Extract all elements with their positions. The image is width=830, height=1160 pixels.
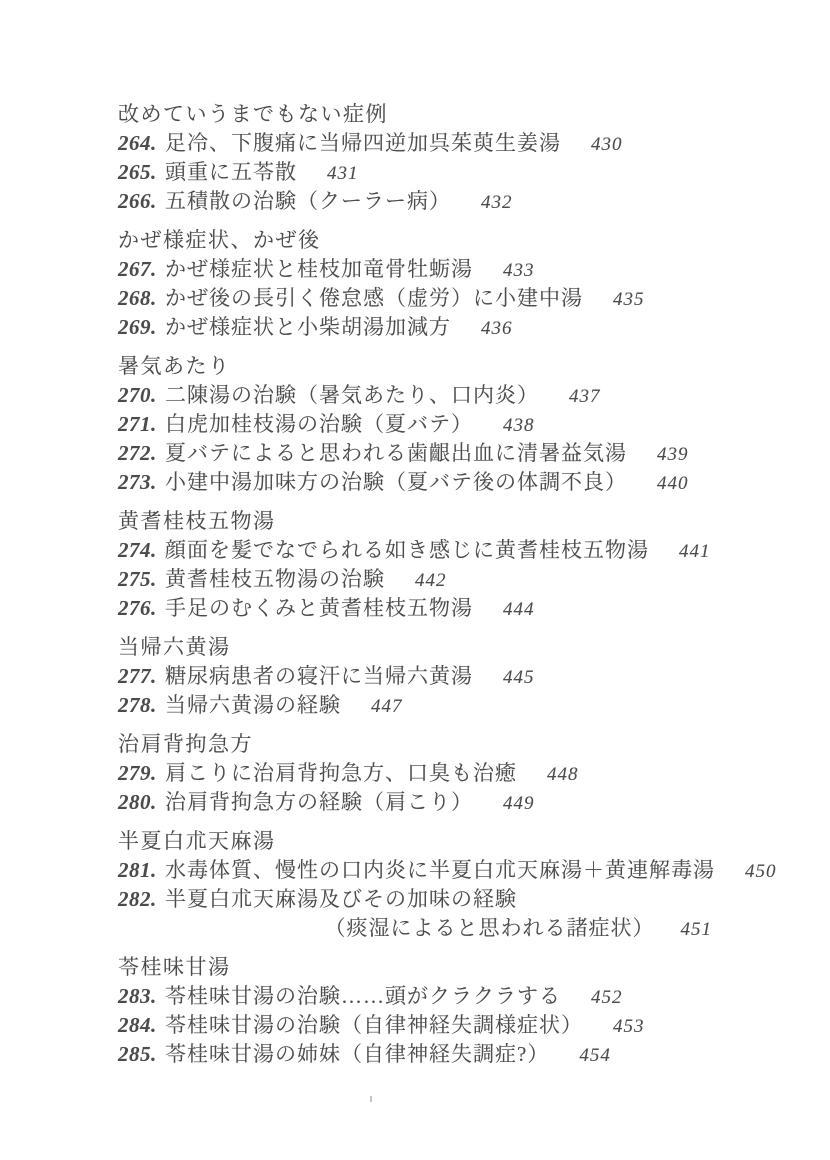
toc-section: 暑気あたり 270. 二陳湯の治験（暑気あたり、口内炎） 437 271. 白虎… (118, 352, 736, 497)
entry-number: 276. (118, 594, 165, 623)
entry-number: 272. (118, 439, 165, 468)
toc-entry: 274. 顔面を髪でなでられる如き感じに黄耆桂枝五物湯 441 (118, 536, 736, 565)
entry-title: 黄耆桂枝五物湯の治験 (165, 565, 385, 594)
entry-page-number: 451 (681, 915, 713, 944)
toc-entry: 279. 肩こりに治肩背拘急方、口臭も治癒 448 (118, 759, 736, 788)
entry-number: 282. (118, 885, 165, 914)
section-entries: 281. 水毒体質、慢性の口内炎に半夏白朮天麻湯＋黄連解毒湯 450 282. … (118, 856, 736, 943)
toc-section: 治肩背拘急方 279. 肩こりに治肩背拘急方、口臭も治癒 448 280. 治肩… (118, 730, 736, 817)
section-entries: 270. 二陳湯の治験（暑気あたり、口内炎） 437 271. 白虎加桂枝湯の治… (118, 381, 736, 497)
entry-title: 水毒体質、慢性の口内炎に半夏白朮天麻湯＋黄連解毒湯 (165, 856, 715, 885)
entry-page-number: 444 (503, 595, 535, 624)
toc-entry: 278. 当帰六黄湯の経験 447 (118, 691, 736, 720)
section-header: 改めていうまでもない症例 (118, 100, 736, 129)
entry-title: 苓桂味甘湯の治験……頭がクラクラする (165, 982, 561, 1011)
toc-entry: 271. 白虎加桂枝湯の治験（夏バテ） 438 (118, 410, 736, 439)
entry-title: 半夏白朮天麻湯及びその加味の経験 (165, 885, 517, 914)
entry-page-number: 449 (503, 789, 535, 818)
section-entries: 277. 糖尿病患者の寝汗に当帰六黄湯 445 278. 当帰六黄湯の経験 44… (118, 662, 736, 720)
toc-entry: 267. かぜ様症状と桂枝加竜骨牡蛎湯 433 (118, 255, 736, 284)
entry-number: 271. (118, 410, 165, 439)
entry-title: 頭重に五苓散 (165, 158, 297, 187)
entry-page-number: 432 (481, 188, 513, 217)
entry-continuation-text: （痰湿によると思われる諸症状） (325, 914, 655, 943)
entry-number: 268. (118, 284, 165, 313)
entry-page-number: 430 (591, 130, 623, 159)
entry-number: 277. (118, 662, 165, 691)
entry-number: 266. (118, 187, 165, 216)
entry-page-number: 437 (569, 382, 601, 411)
entry-number: 274. (118, 536, 165, 565)
toc-entry: 281. 水毒体質、慢性の口内炎に半夏白朮天麻湯＋黄連解毒湯 450 (118, 856, 736, 885)
toc-entry: 268. かぜ後の長引く倦怠感（虚労）に小建中湯 435 (118, 284, 736, 313)
toc-entry: 283. 苓桂味甘湯の治験……頭がクラクラする 452 (118, 982, 736, 1011)
entry-page-number: 435 (613, 285, 645, 314)
toc-section: 当帰六黄湯 277. 糖尿病患者の寝汗に当帰六黄湯 445 278. 当帰六黄湯… (118, 633, 736, 720)
entry-number: 280. (118, 788, 165, 817)
section-entries: 274. 顔面を髪でなでられる如き感じに黄耆桂枝五物湯 441 275. 黄耆桂… (118, 536, 736, 623)
entry-number: 270. (118, 381, 165, 410)
section-header: 黄耆桂枝五物湯 (118, 507, 736, 536)
entry-page-number: 454 (579, 1041, 611, 1070)
toc-entry: 276. 手足のむくみと黄耆桂枝五物湯 444 (118, 594, 736, 623)
entry-title: 小建中湯加味方の治験（夏バテ後の体調不良） (165, 468, 627, 497)
entry-title: 足冷、下腹痛に当帰四逆加呉茱萸生姜湯 (165, 129, 561, 158)
entry-page-number: 431 (327, 159, 359, 188)
entry-number: 284. (118, 1011, 165, 1040)
section-header: 半夏白朮天麻湯 (118, 827, 736, 856)
entry-title: 苓桂味甘湯の治験（自律神経失調様症状） (165, 1011, 583, 1040)
entry-number: 267. (118, 255, 165, 284)
entry-title: 当帰六黄湯の経験 (165, 691, 341, 720)
entry-title: 肩こりに治肩背拘急方、口臭も治癒 (165, 759, 517, 788)
toc-section: かぜ様症状、かぜ後 267. かぜ様症状と桂枝加竜骨牡蛎湯 433 268. か… (118, 226, 736, 342)
section-header: 治肩背拘急方 (118, 730, 736, 759)
entry-title: 糖尿病患者の寝汗に当帰六黄湯 (165, 662, 473, 691)
scan-speck (370, 1096, 372, 1102)
entry-title: 手足のむくみと黄耆桂枝五物湯 (165, 594, 473, 623)
entry-title: 苓桂味甘湯の姉妹（自律神経失調症?） (165, 1040, 549, 1069)
entry-number: 285. (118, 1040, 165, 1069)
entry-title: 五積散の治験（クーラー病） (165, 187, 451, 216)
toc-entry-continuation: （痰湿によると思われる諸症状） 451 (118, 914, 736, 943)
section-entries: 267. かぜ様症状と桂枝加竜骨牡蛎湯 433 268. かぜ後の長引く倦怠感（… (118, 255, 736, 342)
toc-entry: 266. 五積散の治験（クーラー病） 432 (118, 187, 736, 216)
entry-number: 283. (118, 982, 165, 1011)
entry-page-number: 453 (613, 1012, 645, 1041)
entry-page-number: 441 (679, 537, 711, 566)
toc-entry: 284. 苓桂味甘湯の治験（自律神経失調様症状） 453 (118, 1011, 736, 1040)
entry-title: 治肩背拘急方の経験（肩こり） (165, 788, 473, 817)
entry-page-number: 442 (415, 566, 447, 595)
section-header: 当帰六黄湯 (118, 633, 736, 662)
section-header: 暑気あたり (118, 352, 736, 381)
entry-title: かぜ様症状と桂枝加竜骨牡蛎湯 (165, 255, 473, 284)
section-entries: 279. 肩こりに治肩背拘急方、口臭も治癒 448 280. 治肩背拘急方の経験… (118, 759, 736, 817)
toc-entry: 277. 糖尿病患者の寝汗に当帰六黄湯 445 (118, 662, 736, 691)
entry-page-number: 438 (503, 411, 535, 440)
toc-entry: 275. 黄耆桂枝五物湯の治験 442 (118, 565, 736, 594)
entry-number: 275. (118, 565, 165, 594)
toc-entry: 280. 治肩背拘急方の経験（肩こり） 449 (118, 788, 736, 817)
entry-title: かぜ様症状と小柴胡湯加減方 (165, 313, 451, 342)
entry-number: 273. (118, 468, 165, 497)
toc-entry: 282. 半夏白朮天麻湯及びその加味の経験 (118, 885, 736, 914)
entry-number: 281. (118, 856, 165, 885)
entry-number: 265. (118, 158, 165, 187)
entry-page-number: 447 (371, 692, 403, 721)
entry-title: 白虎加桂枝湯の治験（夏バテ） (165, 410, 473, 439)
entry-page-number: 448 (547, 760, 579, 789)
entry-page-number: 445 (503, 663, 535, 692)
toc-section: 改めていうまでもない症例 264. 足冷、下腹痛に当帰四逆加呉茱萸生姜湯 430… (118, 100, 736, 216)
entry-number: 279. (118, 759, 165, 788)
entry-page-number: 440 (657, 469, 689, 498)
entry-page-number: 433 (503, 256, 535, 285)
toc-section: 苓桂味甘湯 283. 苓桂味甘湯の治験……頭がクラクラする 452 284. 苓… (118, 953, 736, 1069)
section-header: 苓桂味甘湯 (118, 953, 736, 982)
toc-section: 半夏白朮天麻湯 281. 水毒体質、慢性の口内炎に半夏白朮天麻湯＋黄連解毒湯 4… (118, 827, 736, 943)
entry-page-number: 439 (657, 440, 689, 469)
entry-title: かぜ後の長引く倦怠感（虚労）に小建中湯 (165, 284, 583, 313)
entry-title: 夏バテによると思われる歯齦出血に清暑益気湯 (165, 439, 627, 468)
toc-entry: 285. 苓桂味甘湯の姉妹（自律神経失調症?） 454 (118, 1040, 736, 1069)
toc-entry: 265. 頭重に五苓散 431 (118, 158, 736, 187)
entry-number: 264. (118, 129, 165, 158)
toc-entry: 273. 小建中湯加味方の治験（夏バテ後の体調不良） 440 (118, 468, 736, 497)
toc-entry: 270. 二陳湯の治験（暑気あたり、口内炎） 437 (118, 381, 736, 410)
toc-entry: 272. 夏バテによると思われる歯齦出血に清暑益気湯 439 (118, 439, 736, 468)
entry-number: 278. (118, 691, 165, 720)
toc-section: 黄耆桂枝五物湯 274. 顔面を髪でなでられる如き感じに黄耆桂枝五物湯 441 … (118, 507, 736, 623)
section-header: かぜ様症状、かぜ後 (118, 226, 736, 255)
entry-title: 二陳湯の治験（暑気あたり、口内炎） (165, 381, 539, 410)
entry-page-number: 436 (481, 314, 513, 343)
entry-page-number: 450 (745, 857, 777, 886)
toc-entry: 269. かぜ様症状と小柴胡湯加減方 436 (118, 313, 736, 342)
section-entries: 283. 苓桂味甘湯の治験……頭がクラクラする 452 284. 苓桂味甘湯の治… (118, 982, 736, 1069)
section-entries: 264. 足冷、下腹痛に当帰四逆加呉茱萸生姜湯 430 265. 頭重に五苓散 … (118, 129, 736, 216)
toc: 改めていうまでもない症例 264. 足冷、下腹痛に当帰四逆加呉茱萸生姜湯 430… (118, 100, 736, 1069)
toc-entry: 264. 足冷、下腹痛に当帰四逆加呉茱萸生姜湯 430 (118, 129, 736, 158)
entry-page-number: 452 (591, 983, 623, 1012)
entry-title: 顔面を髪でなでられる如き感じに黄耆桂枝五物湯 (165, 536, 649, 565)
entry-number: 269. (118, 313, 165, 342)
scanned-book-page: 改めていうまでもない症例 264. 足冷、下腹痛に当帰四逆加呉茱萸生姜湯 430… (0, 0, 830, 1160)
